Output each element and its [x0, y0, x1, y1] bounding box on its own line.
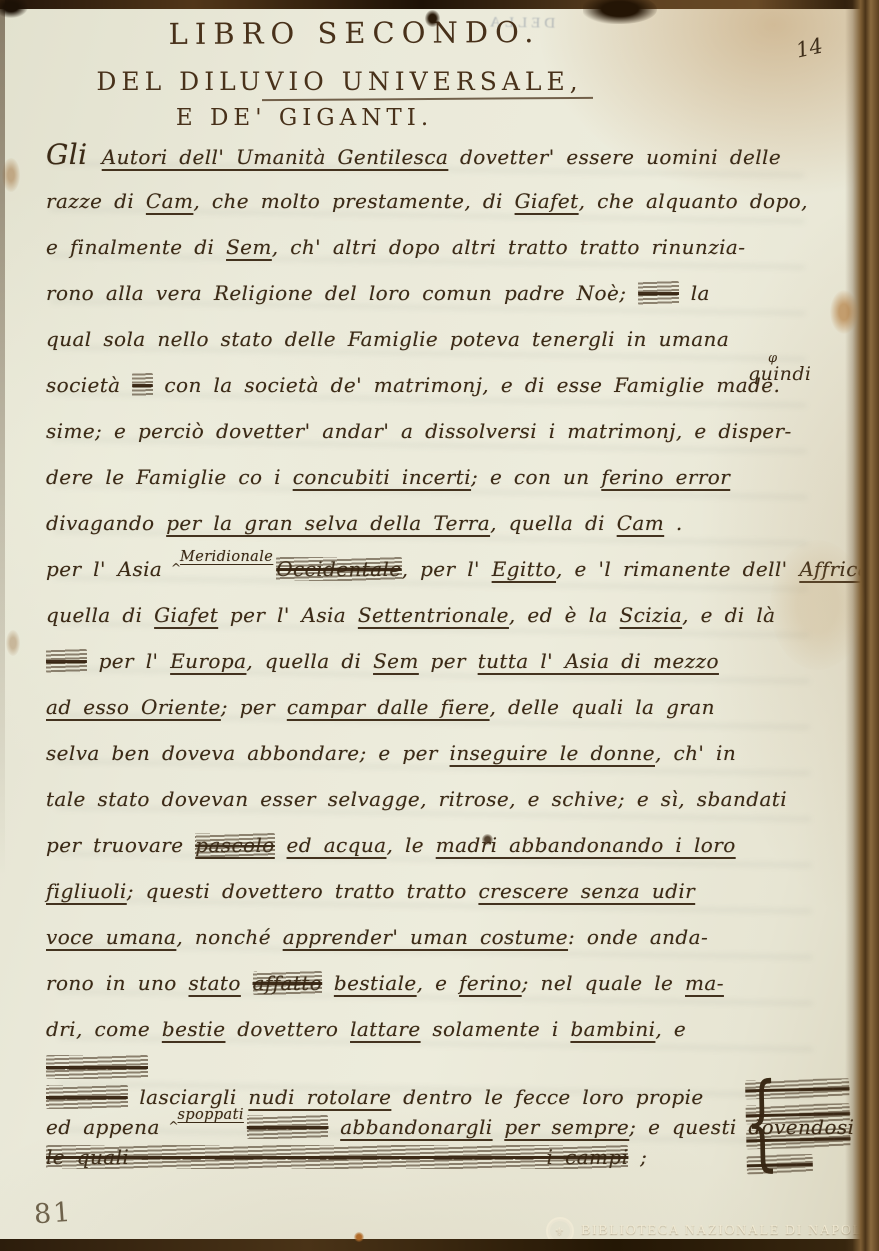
handwritten-text: , che alquanto dopo,	[579, 189, 808, 213]
handwritten-text: bestiale	[334, 971, 417, 995]
handwritten-text: razze di	[46, 189, 146, 213]
cancelled-margin-text: ——— ———	[745, 1078, 850, 1099]
handwritten-text: Sem	[226, 235, 272, 259]
manuscript-line: qual sola nello stato delle Famiglie pot…	[46, 316, 839, 362]
handwritten-text: , e 'l rimanente dell'	[556, 557, 799, 581]
handwritten-text: per l' Asia	[46, 557, 174, 581]
handwritten-text: abbandonargli	[340, 1115, 492, 1139]
cancelled-text: —	[132, 373, 152, 397]
cancelled-text: —————	[46, 1055, 148, 1079]
book-binding-edge	[845, 0, 879, 1251]
handwritten-text: , ed è la	[509, 603, 620, 627]
handwritten-text: inseguire le donne	[450, 741, 655, 765]
book-edge-left	[0, 0, 5, 876]
cancelled-text: ——	[46, 649, 87, 673]
handwritten-text: ma-	[685, 971, 724, 995]
cancelled-margin-text: ———— ——	[746, 1103, 851, 1124]
handwritten-text: Autori dell' Umanità Gentilesca	[102, 145, 449, 169]
handwritten-text: .	[664, 511, 683, 535]
book-title: LIBRO SECONDO.	[0, 14, 709, 52]
manuscript-line: razze di Cam, che molto prestamente, di …	[46, 178, 839, 224]
manuscript-line: dri, come bestie dovettero lattare solam…	[46, 1006, 839, 1052]
margin-note: quindi	[748, 364, 811, 384]
insertion-above-line: Meridionale	[180, 550, 273, 564]
handwritten-text: ed acqua	[287, 833, 387, 857]
handwritten-text: ; per	[221, 695, 287, 719]
handwritten-text: per l' Asia	[218, 603, 358, 627]
cancelled-text: ————	[247, 1115, 329, 1139]
manuscript-line: —— per l' Europa, quella di Sem per tutt…	[46, 638, 839, 684]
handwritten-text: , quella di	[246, 649, 373, 673]
manuscript-line: divagando per la gran selva della Terra,…	[46, 500, 839, 546]
handwritten-text: selva ben doveva abbondare; e per	[46, 741, 450, 765]
handwritten-text: , nonché	[176, 925, 282, 949]
cancelled-text: pascolo	[195, 833, 274, 857]
chapter-title-line1: DEL DILUVIO UNIVERSALE,	[96, 67, 582, 96]
handwritten-text: , che molto prestamente, di	[193, 189, 514, 213]
manuscript-line: tale stato dovevan esser selvagge, ritro…	[46, 776, 839, 822]
handwritten-text: , ch' in	[655, 741, 736, 765]
handwritten-text: lasciargli	[128, 1085, 249, 1109]
handwritten-text: ; nel quale le	[522, 971, 685, 995]
manuscript-line: quella di Giafet per l' Asia Settentrion…	[46, 592, 839, 638]
handwritten-text: lattare	[350, 1017, 421, 1041]
handwritten-text	[322, 971, 334, 995]
cancelled-text: Occidentale	[276, 557, 401, 581]
manuscript-line: figliuoli; questi dovettero tratto tratt…	[46, 868, 839, 914]
handwritten-text: , e	[417, 971, 460, 995]
handwritten-text: ed appena	[46, 1115, 172, 1139]
handwritten-text	[328, 1115, 340, 1139]
cancelled-text: le quali ——— —— ———— ——— ————— i campi	[46, 1145, 628, 1169]
handwritten-text: divagando	[46, 511, 166, 535]
manuscript-page-scan: DELLA LIBRO SECONDO. DEL DILUVIO UNIVERS…	[0, 0, 879, 1251]
handwritten-text: Giafet	[154, 603, 218, 627]
handwritten-text: , delle quali la gran	[490, 695, 715, 719]
handwritten-text: , e	[655, 1017, 686, 1041]
handwritten-text: , per l'	[402, 557, 492, 581]
handwritten-text	[275, 833, 287, 857]
handwritten-text: ad esso Oriente	[46, 695, 221, 719]
handwritten-text: Egitto	[492, 557, 556, 581]
handwritten-text: dentro le fecce loro propie	[391, 1085, 703, 1109]
handwritten-text: per la gran selva della Terra	[166, 511, 490, 535]
handwritten-text: , le	[386, 833, 435, 857]
handwritten-text: rono in uno	[46, 971, 188, 995]
manuscript-line: le quali ——— —— ———— ——— ————— i campi ;	[46, 1142, 839, 1172]
handwritten-text: Europa	[170, 649, 246, 673]
handwritten-text: Settentrionale	[358, 603, 509, 627]
insertion-above-line: spoppati	[178, 1108, 244, 1122]
handwritten-text: Scizia	[620, 603, 683, 627]
handwritten-text: voce umana	[46, 925, 176, 949]
handwritten-text	[493, 1115, 505, 1139]
handwritten-text: ; questi dovettero tratto tratto	[127, 879, 479, 903]
handwritten-text: quella di	[46, 603, 154, 627]
handwritten-text: madri abbandonando i loro	[436, 833, 736, 857]
handwritten-text: la	[679, 281, 710, 305]
chapter-title-line2: E DE' GIGANTI.	[0, 105, 609, 131]
manuscript-line: sime; e perciò dovetter' andar' a dissol…	[46, 408, 839, 454]
manuscript-line: e finalmente di Sem, ch' altri dopo altr…	[46, 224, 839, 270]
handwritten-text: tale stato dovevan esser selvagge, ritro…	[46, 787, 787, 811]
handwritten-text: bestie	[162, 1017, 226, 1041]
handwritten-text: per sempre	[504, 1115, 629, 1139]
handwritten-text: per truovare	[46, 833, 195, 857]
manuscript-line: ed appena spoppati———— abbandonargli per…	[46, 1112, 839, 1142]
manuscript-line: ———— lasciargli nudi rotolare dentro le …	[46, 1082, 839, 1112]
manuscript-line: ad esso Oriente; per campar dalle fiere,…	[46, 684, 839, 730]
handwritten-text: dovetter' essere uomini delle	[448, 145, 781, 169]
handwritten-text: per	[419, 649, 478, 673]
handwritten-text: bambini	[570, 1017, 655, 1041]
handwritten-text: , quella di	[490, 511, 617, 535]
handwritten-text: nudi rotolare	[248, 1085, 391, 1109]
handwritten-text: Sem	[373, 649, 419, 673]
handwritten-text: figliuoli	[46, 879, 127, 903]
manuscript-line: per l' Asia MeridionaleOccidentale, per …	[46, 546, 839, 592]
cancelled-text: affatto	[253, 971, 323, 995]
manuscript-line: rono alla vera Religione del loro comun …	[46, 270, 839, 316]
manuscript-line: Gli Autori dell' Umanità Gentilesca dove…	[46, 132, 839, 178]
manuscript-line: rono in uno stato affatto bestiale, e fe…	[46, 960, 839, 1006]
handwritten-text: stato	[188, 971, 240, 995]
handwritten-text: dovettero	[225, 1017, 350, 1041]
cancelled-text: ——	[638, 281, 679, 305]
handwritten-text: , e di là	[682, 603, 775, 627]
handwritten-text	[241, 971, 253, 995]
manuscript-line: selva ben doveva abbondare; e per insegu…	[46, 730, 839, 776]
handwritten-text: Giafet	[515, 189, 579, 213]
handwritten-text: dri, come	[46, 1017, 162, 1041]
rust-stain	[6, 630, 20, 656]
manuscript-line: —————	[46, 1052, 839, 1082]
library-watermark-label: Biblioteca Nazionale di Napoli	[581, 1223, 869, 1239]
handwritten-text: Gli	[46, 138, 102, 171]
cancelled-margin-text: ————	[747, 1154, 813, 1174]
manuscript-line: voce umana, nonché apprender' uman costu…	[46, 914, 839, 960]
handwritten-text: crescere senza udir	[478, 879, 695, 903]
handwritten-text: : onde anda-	[568, 925, 708, 949]
handwritten-text: con la società de' matrimonj, e di esse …	[153, 373, 781, 397]
book-edge-bottom	[0, 1239, 879, 1251]
handwritten-text: ;	[628, 1145, 647, 1169]
handwritten-text: ; e con un	[471, 465, 601, 489]
handwritten-text: qual sola nello stato delle Famiglie pot…	[46, 327, 729, 351]
manuscript-line: per truovare pascolo ed acqua, le madri …	[46, 822, 839, 868]
handwritten-text: Cam	[617, 511, 664, 535]
handwritten-text: ferino	[459, 971, 522, 995]
handwritten-text: campar dalle fiere	[287, 695, 490, 719]
handwritten-text: , ch' altri dopo altri tratto tratto rin…	[272, 235, 746, 259]
book-edge-top	[0, 0, 879, 9]
handwritten-text: ferino error	[601, 465, 730, 489]
cancelled-margin-text: ——— ———	[746, 1128, 851, 1149]
handwritten-text: sime; e perciò dovetter' andar' a dissol…	[46, 419, 792, 443]
handwritten-text: tutta l' Asia di mezzo	[478, 649, 719, 673]
handwritten-text: concubiti incerti	[293, 465, 471, 489]
page-header: LIBRO SECONDO. DEL DILUVIO UNIVERSALE, E…	[0, 16, 879, 131]
handwritten-text: apprender' uman costume	[283, 925, 568, 949]
handwritten-text: Cam	[146, 189, 193, 213]
handwritten-text: e finalmente di	[46, 235, 226, 259]
handwritten-text: società	[46, 373, 132, 397]
handwritten-text: solamente i	[421, 1017, 571, 1041]
cancelled-text: ————	[46, 1085, 128, 1109]
handwritten-text: per l'	[87, 649, 170, 673]
handwritten-text: dere le Famiglie co i	[46, 465, 293, 489]
manuscript-line: dere le Famiglie co i concubiti incerti;…	[46, 454, 839, 500]
handwritten-text: rono alla vera Religione del loro comun …	[46, 281, 638, 305]
folio-number-bottom: 81	[33, 1197, 73, 1231]
manuscript-lines: Gli Autori dell' Umanità Gentilesca dove…	[46, 132, 839, 1172]
manuscript-line: società — con la società de' matrimonj, …	[46, 362, 839, 408]
